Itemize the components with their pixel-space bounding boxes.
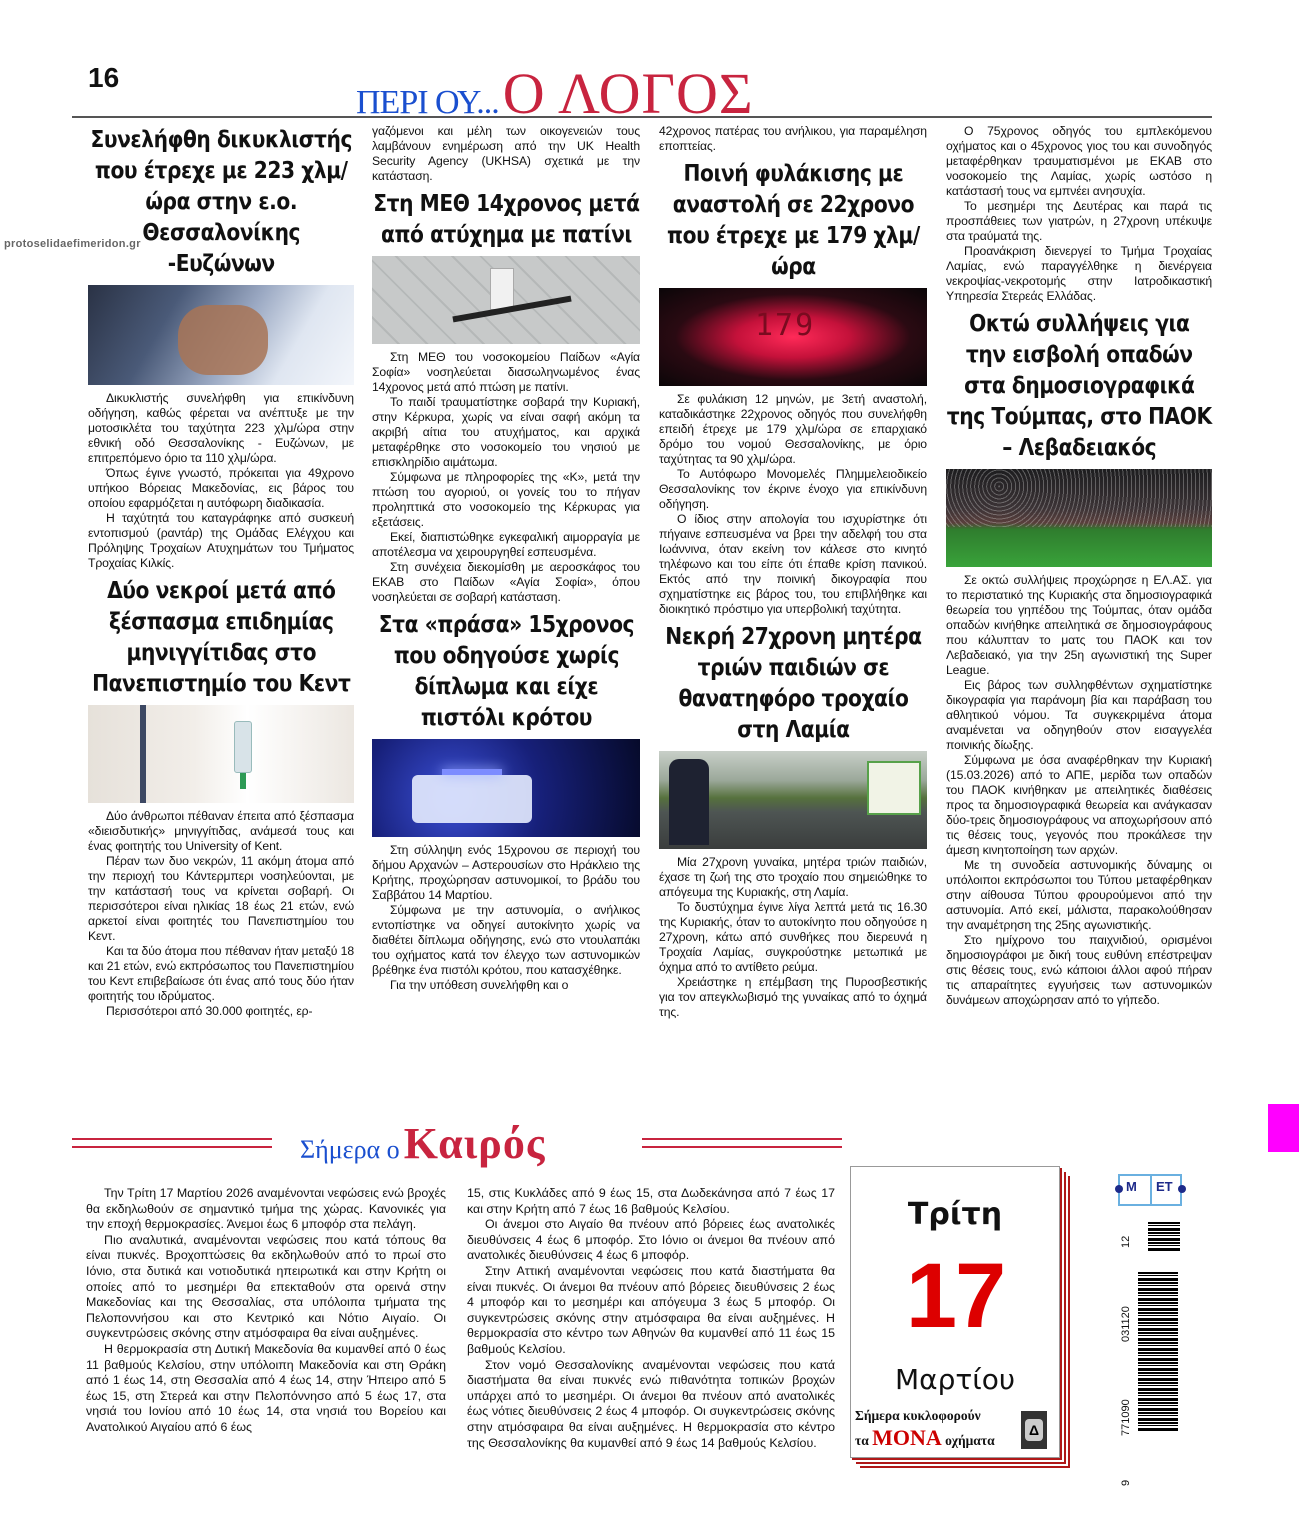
paragraph: Σε οκτώ συλλήψεις προχώρησε η ΕΛ.ΑΣ. για… (946, 573, 1212, 678)
article-teen-driver: Στα «πράσα» 15χρονος που οδηγούσε χωρίς … (372, 609, 640, 993)
header-divider (72, 116, 1212, 118)
continuation-paragraph: Το μεσημέρι της Δευτέρας και παρά τις πρ… (946, 199, 1212, 244)
article-biker-arrest: Συνελήφθη δικυκλιστής που έτρεχε με 223 … (88, 124, 354, 571)
paragraph: Σύμφωνα με πληροφορίες της «Κ», μετά την… (372, 470, 640, 530)
paragraph: Η ταχύτητά του καταγράφηκε από συσκευή ε… (88, 511, 354, 571)
date-calendar: Τρίτη 17 Μαρτίου Σήμερα κυκλοφορούν τα Μ… (850, 1166, 1080, 1466)
calendar-day-number: 17 (851, 1241, 1059, 1351)
title-rule-left (72, 1138, 272, 1148)
paragraph: Σύμφωνα με την αστυνομία, ο ανήλικος εντ… (372, 903, 640, 978)
photo-speed-radar: 179 (659, 288, 927, 386)
barcode-digit-first: 9 (1120, 1480, 1132, 1486)
article-speeding-sentence: Ποινή φυλάκισης με αναστολή σε 22χρονο π… (659, 158, 927, 617)
calendar-month: Μαρτίου (851, 1363, 1059, 1396)
continuation-paragraph: 42χρονος πατέρας του ανήλικου, για παραμ… (659, 124, 927, 154)
paragraph: Σύμφωνα με όσα αναφέρθηκαν την Κυριακή (… (946, 753, 1212, 858)
weather-title-prefix: Σήμερα ο (300, 1135, 400, 1164)
page-number: 16 (88, 62, 119, 94)
article-lamia-crash: Νεκρή 27χρονη μητέρα τριών παιδιών σε θα… (659, 621, 927, 1020)
headline: Στη ΜΕΘ 14χρονος μετά από ατύχημα με πατ… (372, 188, 639, 250)
barcode-addon-bars (1148, 1222, 1180, 1252)
paragraph: Στη συνέχεια διεκομίσθη με αεροσκάφος το… (372, 560, 640, 605)
odd-even-badge-icon: Δ (1021, 1411, 1047, 1449)
column-2: γαζόμενοι και μέλη των οικογενειών τους … (372, 124, 640, 993)
calendar-page: Τρίτη 17 Μαρτίου Σήμερα κυκλοφορούν τα Μ… (850, 1166, 1060, 1458)
paragraph: Περισσότεροι από 30.000 φοιτητές, ερ- (88, 1004, 354, 1019)
weather-paragraph: 15, στις Κυκλάδες από 9 έως 15, στα Δωδε… (467, 1186, 835, 1217)
headline: Ποινή φυλάκισης με αναστολή σε 22χρονο π… (659, 158, 926, 282)
notice-pre: τα (855, 1433, 869, 1448)
weather-paragraph: Στην Αττική αναμένονται νεφώσεις που κατ… (467, 1264, 835, 1358)
notice-line-1: Σήμερα κυκλοφορούν (855, 1405, 1015, 1427)
badge-letter: Δ (1025, 1419, 1043, 1441)
paragraph: Όπως έγινε γνωστό, πρόκειται για 49χρονο… (88, 466, 354, 511)
photo-crash-scene (659, 751, 927, 849)
weather-column-1: Την Τρίτη 17 Μαρτίου 2026 αναμένονται νε… (86, 1186, 446, 1436)
photo-iv-drip (88, 705, 354, 803)
paragraph: Το δυστύχημα έγινε λίγα λεπτά μετά τις 1… (659, 900, 927, 975)
weather-title: Σήμερα ο Καιρός (72, 1122, 842, 1166)
weather-paragraph: Στον νομό Θεσσαλονίκης αναμένονται νεφώσ… (467, 1358, 835, 1452)
barcode-digits-mid: 771090 (1120, 1399, 1132, 1436)
paragraph: Δικυκλιστής συνελήφθη για επικίνδυνη οδή… (88, 391, 354, 466)
column-4: Ο 75χρονος οδηγός του εμπλεκόμενου οχήμα… (946, 124, 1212, 1008)
weather-paragraph: Πιο αναλυτικά, αναμένονται νεφώσεις που … (86, 1233, 446, 1342)
barcode-digits-end: 031120 (1120, 1306, 1132, 1342)
logo-right-letters: ΕΤ (1156, 1179, 1173, 1194)
logo-dot-right (1178, 1185, 1186, 1193)
logo-dot-left (1115, 1185, 1123, 1193)
paragraph: Το Αυτόφωρο Μονομελές Πλημμελειοδικείο Θ… (659, 467, 927, 512)
paragraph: Ο ίδιος στην απολογία του ισχυρίστηκε ότ… (659, 512, 927, 617)
notice-line-2: τα ΜΟΝΑ οχήματα (855, 1427, 1015, 1452)
paragraph: Πέραν των δυο νεκρών, 11 ακόμη άτομα από… (88, 854, 354, 944)
photo-police-car (372, 739, 640, 837)
paragraph: Στη σύλληψη ενός 15χρονου σε περιοχή του… (372, 843, 640, 903)
headline: Οκτώ συλλήψεις για την εισβολή οπαδών στ… (946, 308, 1211, 463)
photo-handcuffs (88, 285, 354, 385)
weather-column-2: 15, στις Κυκλάδες από 9 έως 15, στα Δωδε… (467, 1186, 835, 1451)
weather-paragraph: Η θερμοκρασία στη Δυτική Μακεδονία θα κυ… (86, 1342, 446, 1436)
continuation-paragraph: Προανάκριση διενεργεί το Τμήμα Τροχαίας … (946, 244, 1212, 304)
paragraph: Στη ΜΕΘ του νοσοκομείου Παίδων «Αγία Σοφ… (372, 350, 640, 395)
odd-even-notice: Σήμερα κυκλοφορούν τα ΜΟΝΑ οχήματα (855, 1405, 1015, 1452)
barcode-addon-number: 12 (1120, 1236, 1132, 1248)
paragraph: Σε φυλάκιση 12 μηνών, με 3ετή αναστολή, … (659, 392, 927, 467)
paragraph: Μία 27χρονη γυναίκα, μητέρα τριών παιδιώ… (659, 855, 927, 900)
continuation-paragraph: Ο 75χρονος οδηγός του εμπλεκόμενου οχήμα… (946, 124, 1212, 199)
met-book-logo-icon: Μ ΕΤ (1118, 1172, 1182, 1212)
photo-scooter (372, 256, 640, 344)
logo-left-letters: Μ (1126, 1179, 1137, 1194)
paragraph: Στο ημίχρονο του παιχνιδιού, ορισμένοι δ… (946, 933, 1212, 1008)
column-3: 42χρονος πατέρας του ανήλικου, για παραμ… (659, 124, 927, 1020)
headline: Νεκρή 27χρονη μητέρα τριών παιδιών σε θα… (659, 621, 926, 745)
paragraph: Εκεί, διαπιστώθηκε εγκεφαλική αιμορραγία… (372, 530, 640, 560)
weather-paragraph: Οι άνεμοι στο Αιγαίο θα πνέουν από βόρει… (467, 1217, 835, 1264)
headline: Δύο νεκροί μετά από ξέσπασμα επιδημίας μ… (88, 575, 353, 699)
radar-reading: 179 (755, 308, 815, 343)
weather-title-main: Καιρός (404, 1119, 546, 1168)
paragraph: Δύο άνθρωποι πέθαναν έπειτα από ξέσπασμα… (88, 809, 354, 854)
article-scooter-icu: Στη ΜΕΘ 14χρονος μετά από ατύχημα με πατ… (372, 188, 640, 605)
weather-paragraph: Την Τρίτη 17 Μαρτίου 2026 αναμένονται νε… (86, 1186, 446, 1233)
headline: Στα «πράσα» 15χρονος που οδηγούσε χωρίς … (372, 609, 639, 733)
notice-emphasis: ΜΟΝΑ (872, 1425, 942, 1450)
article-toumba-arrests: Οκτώ συλλήψεις για την εισβολή οπαδών στ… (946, 308, 1212, 1008)
paragraph: Με τη συνοδεία αστυνομικής δύναμης οι υπ… (946, 858, 1212, 933)
headline: Συνελήφθη δικυκλιστής που έτρεχε με 223 … (88, 124, 353, 279)
title-rule-right (642, 1138, 842, 1148)
barcode-main-bars (1138, 1272, 1178, 1432)
paragraph: Εις βάρος των συλληφθέντων σχηματίστηκε … (946, 678, 1212, 753)
paragraph: Και τα δύο άτομα που πέθαναν ήταν μεταξύ… (88, 944, 354, 1004)
continuation-paragraph: γαζόμενοι και μέλη των οικογενειών τους … (372, 124, 640, 184)
edge-color-tab (1268, 1104, 1299, 1152)
article-meningitis-kent: Δύο νεκροί μετά από ξέσπασμα επιδημίας μ… (88, 575, 354, 1019)
paragraph: Χρειάστηκε η επέμβαση της Πυροσβεστικής … (659, 975, 927, 1020)
paragraph: Το παιδί τραυματίστηκε σοβαρά την Κυριακ… (372, 395, 640, 470)
photo-stadium (946, 469, 1212, 567)
notice-post: οχήματα (945, 1433, 994, 1448)
column-1: Συνελήφθη δικυκλιστής που έτρεχε με 223 … (88, 124, 354, 1019)
issn-barcode: 12 031120 771090 9 (1118, 1222, 1180, 1490)
calendar-day-name: Τρίτη (851, 1197, 1059, 1232)
weather-heading: Σήμερα ο Καιρός (300, 1118, 545, 1169)
paragraph: Για την υπόθεση συνελήφθη και ο (372, 978, 640, 993)
